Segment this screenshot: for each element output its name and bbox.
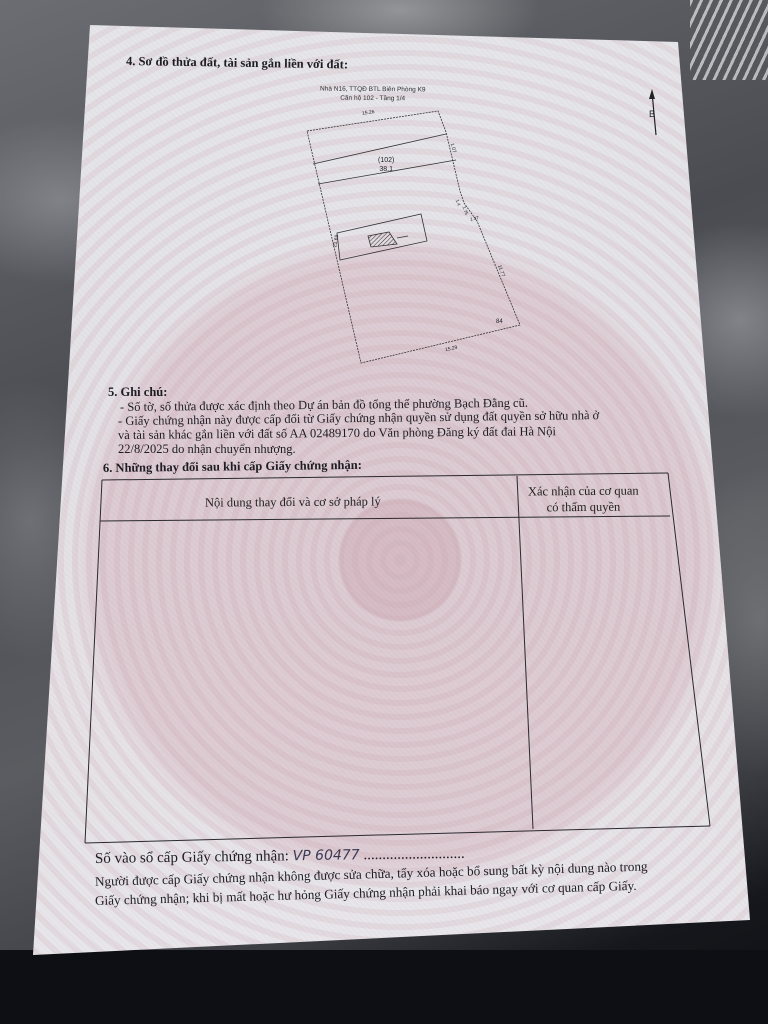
registration-label: Số vào sổ cấp Giấy chứng nhận: [95,848,289,867]
registration-number: VP 60477 [293,847,360,864]
column-header-changes: Nội dung thay đổi và cơ sở pháp lý [205,494,381,510]
authority-line-2: có thẩm quyền [528,499,639,516]
column-header-authority: Xác nhận của cơ quan có thẩm quyền [528,483,639,516]
authority-line-1: Xác nhận của cơ quan [528,483,639,500]
registration-dots: ........................... [363,846,464,863]
